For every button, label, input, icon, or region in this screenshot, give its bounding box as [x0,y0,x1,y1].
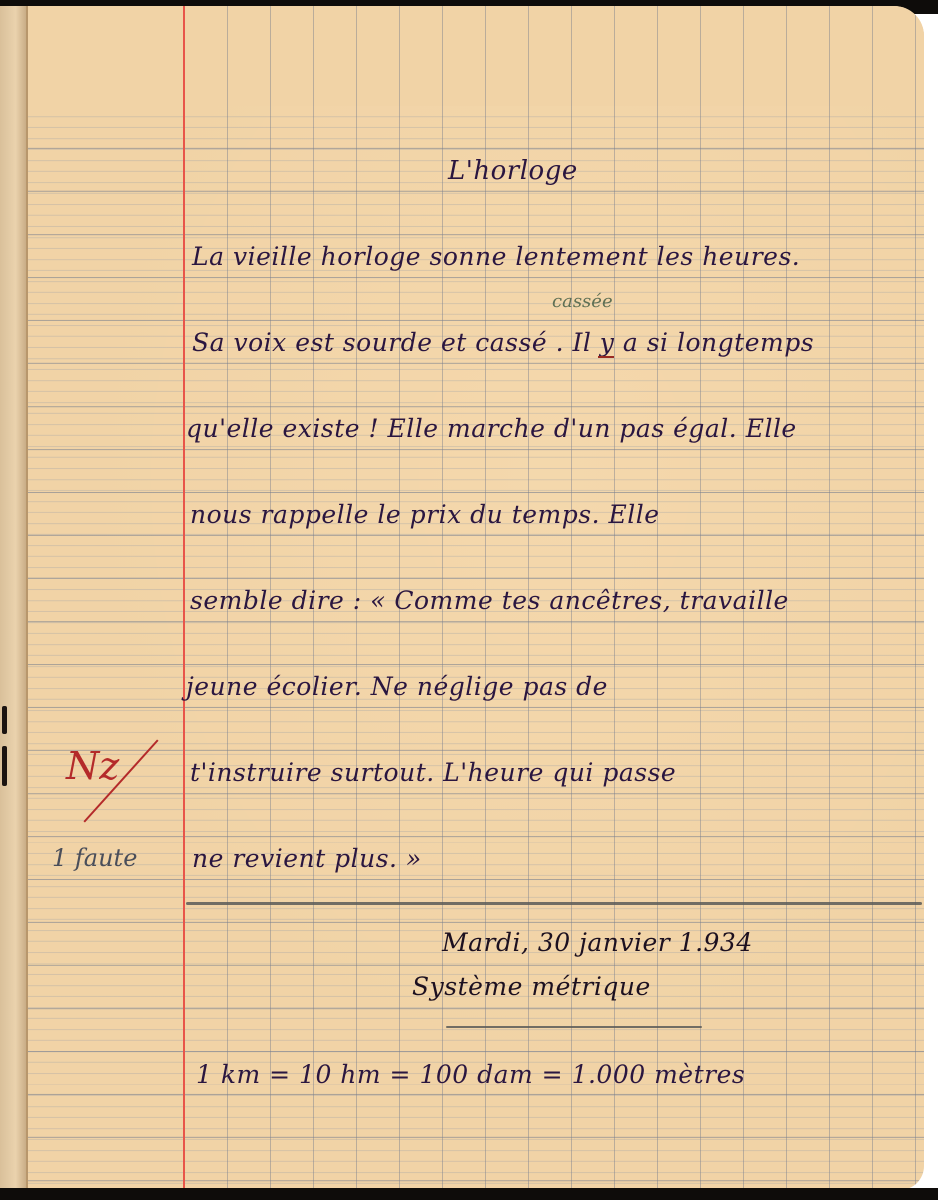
dictation-line: nous rappelle le prix du temps. Elle [190,500,660,529]
lesson-title: Système métrique [412,972,651,1001]
section-divider [186,902,922,905]
lesson-date: Mardi, 30 janvier 1.934 [442,928,753,957]
dictation-line: jeune écolier. Ne néglige pas de [186,672,608,701]
spine-ink-mark [2,706,7,734]
notebook-spine [0,6,28,1190]
margin-note-mistakes: 1 faute [52,844,137,872]
teacher-correction: cassée [552,291,613,312]
red-margin-line [183,6,185,1190]
dictation-line: Sa voix est sourde et cassé . Il y a si … [192,328,814,357]
metric-equation: 1 km = 10 hm = 100 dam = 1.000 mètres [196,1060,745,1089]
dictation-line: qu'elle existe ! Elle marche d'un pas ég… [186,414,797,443]
notebook-page: L'horloge cassée La vieille horloge sonn… [0,6,924,1190]
title-underline [446,1026,702,1028]
dictation-line: semble dire : « Comme tes ancêtres, trav… [190,586,789,615]
dictation-line: La vieille horloge sonne lentement les h… [192,242,800,271]
dictation-title: L'horloge [448,156,578,186]
teacher-grade: Nz [66,744,119,788]
dictation-line: ne revient plus. » [192,844,422,873]
spine-ink-mark [2,746,7,786]
error-underline [598,356,614,358]
dictation-line: t'instruire surtout. L'heure qui passe [190,758,676,787]
scan-bottom-edge [0,1188,938,1200]
